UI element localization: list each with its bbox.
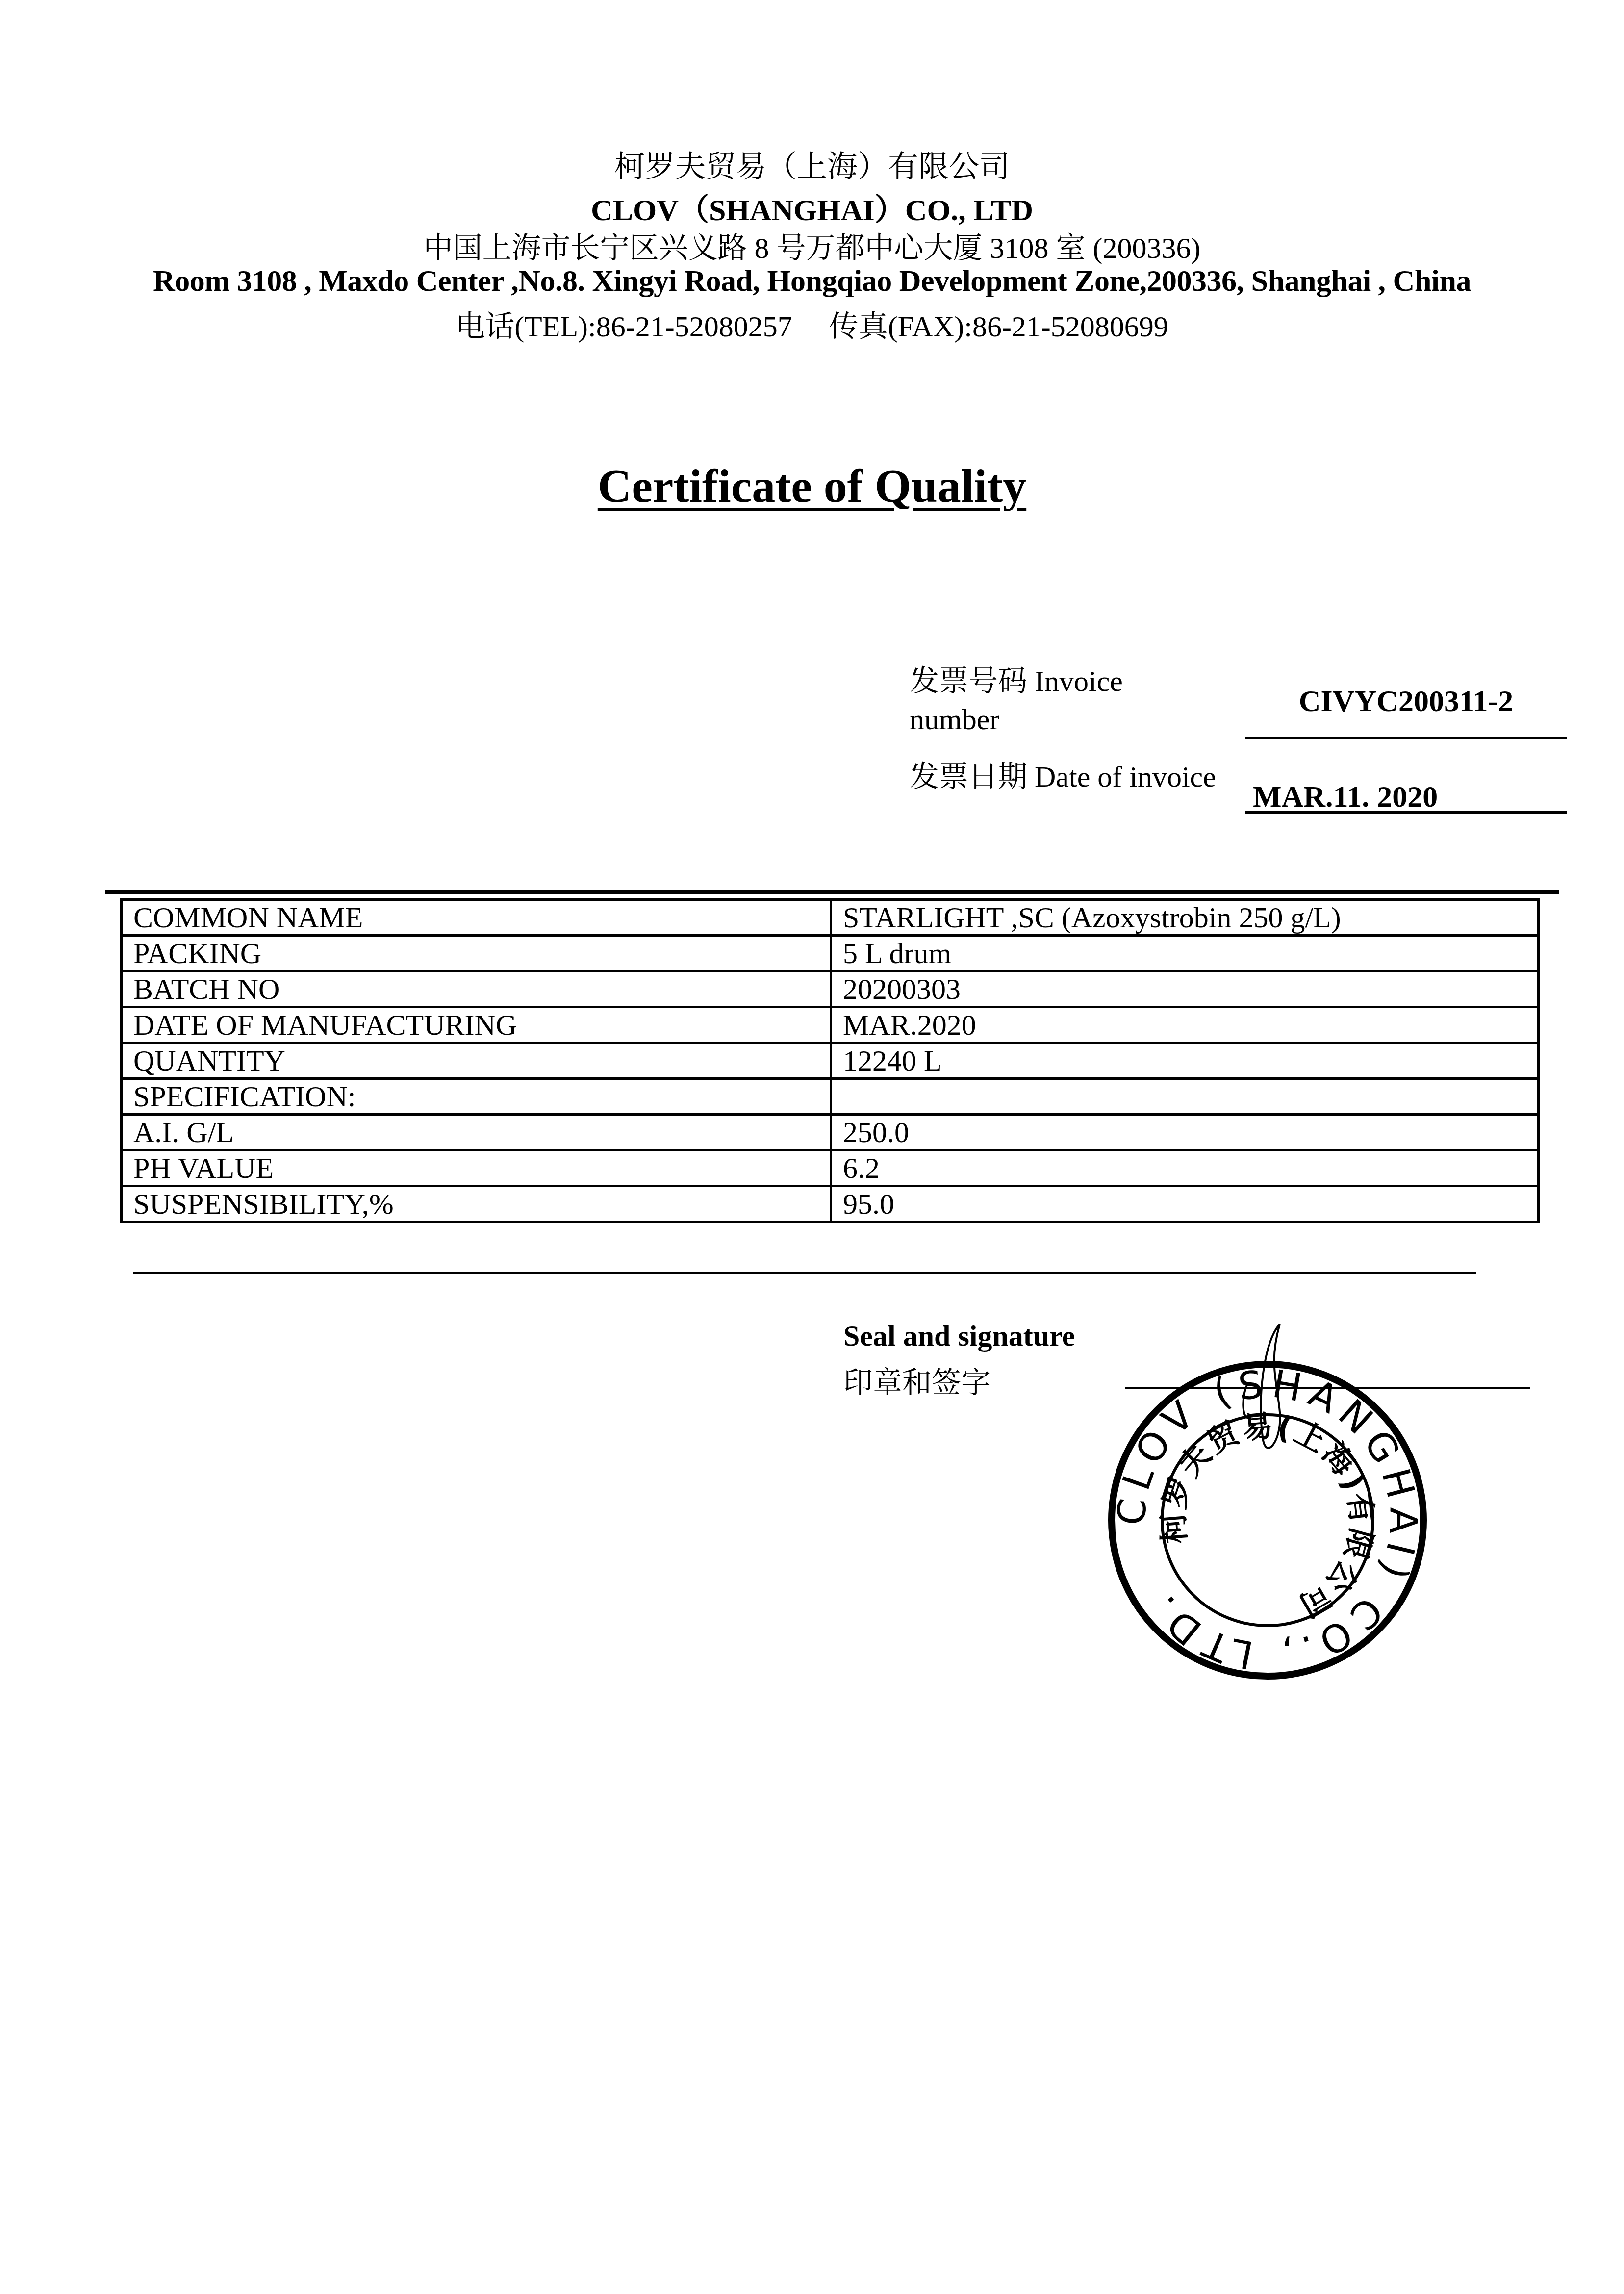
- spec-key: QUANTITY: [122, 1043, 831, 1079]
- invoice-date-underline: [1245, 811, 1567, 814]
- spec-value: 95.0: [831, 1186, 1539, 1222]
- page-title: Certificate of Quality: [0, 459, 1624, 513]
- invoice-date-value: MAR.11. 2020: [1253, 780, 1438, 815]
- spec-value: 6.2: [831, 1150, 1539, 1186]
- address-cn: 中国上海市长宁区兴义路 8 号万都中心大厦 3108 室 (200336): [0, 225, 1624, 267]
- specification-table: COMMON NAMESTARLIGHT ,SC (Azoxystrobin 2…: [120, 898, 1540, 1223]
- company-stamp-icon: CLOV (SHANGHAI) CO., LTD. 柯罗夫贸易(上海)有限公司: [1086, 1324, 1449, 1687]
- spec-key: A.I. G/L: [122, 1115, 831, 1150]
- table-row: SPECIFICATION:: [122, 1079, 1539, 1115]
- svg-text:CLOV (SHANGHAI) CO., LTD.: CLOV (SHANGHAI) CO., LTD.: [1086, 1337, 1449, 1687]
- table-row: BATCH NO20200303: [122, 971, 1539, 1007]
- spec-key: COMMON NAME: [122, 900, 831, 936]
- spec-key: SPECIFICATION:: [122, 1079, 831, 1115]
- spec-key: DATE OF MANUFACTURING: [122, 1007, 831, 1043]
- spec-value: MAR.2020: [831, 1007, 1539, 1043]
- seal-signature-label-cn: 印章和签字: [843, 1359, 990, 1402]
- invoice-number-value: CIVYC200311-2: [1245, 684, 1567, 719]
- stamp-outer-text: CLOV (SHANGHAI) CO., LTD.: [1086, 1337, 1449, 1687]
- invoice-number-label: 发票号码 Invoice number: [910, 662, 1123, 739]
- table-row: DATE OF MANUFACTURINGMAR.2020: [122, 1007, 1539, 1043]
- invoice-number-label-line2: number: [910, 700, 1123, 739]
- table-row: QUANTITY12240 L: [122, 1043, 1539, 1079]
- contact-info: 电话(TEL):86-21-52080257 传真(FAX):86-21-520…: [0, 303, 1624, 345]
- spec-key: BATCH NO: [122, 971, 831, 1007]
- table-row: SUSPENSIBILITY,%95.0: [122, 1186, 1539, 1222]
- spec-value: STARLIGHT ,SC (Azoxystrobin 250 g/L): [831, 900, 1539, 936]
- table-row: PH VALUE6.2: [122, 1150, 1539, 1186]
- spec-value: 12240 L: [831, 1043, 1539, 1079]
- spec-value: 20200303: [831, 971, 1539, 1007]
- spec-key: PACKING: [122, 936, 831, 971]
- invoice-number-label-line1: 发票号码 Invoice: [910, 662, 1123, 700]
- company-name-cn: 柯罗夫贸易（上海）有限公司: [0, 142, 1624, 186]
- spec-value: [831, 1079, 1539, 1115]
- spec-value: 250.0: [831, 1115, 1539, 1150]
- address-en: Room 3108 , Maxdo Center ,No.8. Xingyi R…: [0, 264, 1624, 299]
- spec-key: PH VALUE: [122, 1150, 831, 1186]
- company-name-en: CLOV（SHANGHAI）CO., LTD: [0, 185, 1624, 229]
- table-row: COMMON NAMESTARLIGHT ,SC (Azoxystrobin 2…: [122, 900, 1539, 936]
- invoice-date-label: 发票日期 Date of invoice: [910, 758, 1216, 796]
- table-row: A.I. G/L250.0: [122, 1115, 1539, 1150]
- invoice-number-underline: [1245, 737, 1567, 739]
- table-row: PACKING5 L drum: [122, 936, 1539, 971]
- seal-signature-label: Seal and signature: [843, 1319, 1075, 1353]
- spec-key: SUSPENSIBILITY,%: [122, 1186, 831, 1222]
- table-bottom-divider: [133, 1272, 1476, 1274]
- spec-value: 5 L drum: [831, 936, 1539, 971]
- table-top-divider: [105, 890, 1559, 894]
